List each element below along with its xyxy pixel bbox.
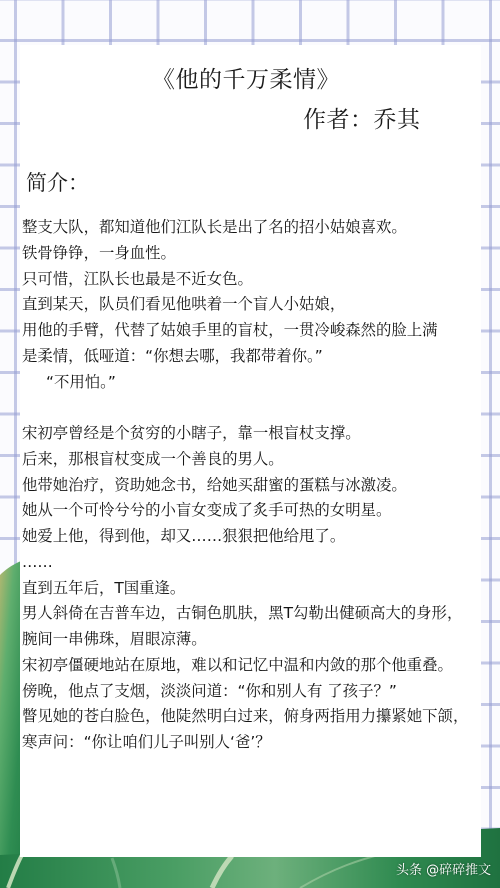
paragraph-line: 她爱上他，得到他，却又……狠狠把他给甩了。 (22, 524, 482, 550)
paragraph-line: 后来，那根盲杖变成一个善良的男人。 (22, 447, 482, 473)
paragraph-line: “不用怕。” (22, 370, 482, 396)
watermark: 头条 @碎碎推文 (396, 862, 491, 880)
paragraph-line: 寒声问：“你让咱们儿子叫别人‘爸’？ (22, 730, 482, 756)
paragraph-line: 用他的手臂，代替了姑娘手里的盲杖，一贯冷峻森然的脸上满 (22, 318, 482, 344)
paragraph-line: 他带她治疗，资助她念书，给她买甜蜜的蛋糕与冰激凌。 (22, 473, 482, 499)
content-card: 《他的千万柔情》 作者：乔其 简介： 整支大队，都知道他们江队长是出了名的招小姑… (20, 45, 481, 857)
paragraph-line: 男人斜倚在吉普车边，古铜色肌肤，黑T勾勒出健硕高大的身形， (22, 601, 482, 627)
author-line: 作者：乔其 (303, 105, 421, 135)
paragraph-line: 铁骨铮铮，一身血性。 (22, 241, 482, 267)
blank-line (22, 395, 482, 421)
ellipsis-line: …… (22, 550, 482, 576)
paragraph-line: 宋初亭曾经是个贫穷的小瞎子，靠一根盲杖支撑。 (22, 421, 482, 447)
paragraph-line: 只可惜，江队长也最是不近女色。 (22, 267, 482, 293)
intro-heading: 简介： (26, 169, 89, 197)
paragraph-line: 瞥见她的苍白脸色，他陡然明白过来，俯身两指用力攥紧她下颌， (22, 704, 482, 730)
paragraph-line: 宋初亭僵硬地站在原地，难以和记忆中温和内敛的那个他重叠。 (22, 653, 482, 679)
paragraph-line: 直到某天，队员们看见他哄着一个盲人小姑娘， (22, 292, 482, 318)
paragraph-line: 腕间一串佛珠，眉眼凉薄。 (22, 627, 482, 653)
paragraph-line: 她从一个可怜兮兮的小盲女变成了炙手可热的女明星。 (22, 498, 482, 524)
paragraph-line: 是柔情，低哑道：“你想去哪，我都带着你。” (22, 344, 482, 370)
book-title: 《他的千万柔情》 (152, 65, 340, 95)
paragraph-line: 整支大队，都知道他们江队长是出了名的招小姑娘喜欢。 (22, 215, 482, 241)
paragraph-line: 直到五年后，T国重逢。 (22, 576, 482, 602)
paragraph-line: 傍晚，他点了支烟，淡淡问道：“你和别人有 了孩子？” (22, 679, 482, 705)
synopsis-body: 整支大队，都知道他们江队长是出了名的招小姑娘喜欢。 铁骨铮铮，一身血性。 只可惜… (22, 215, 482, 756)
